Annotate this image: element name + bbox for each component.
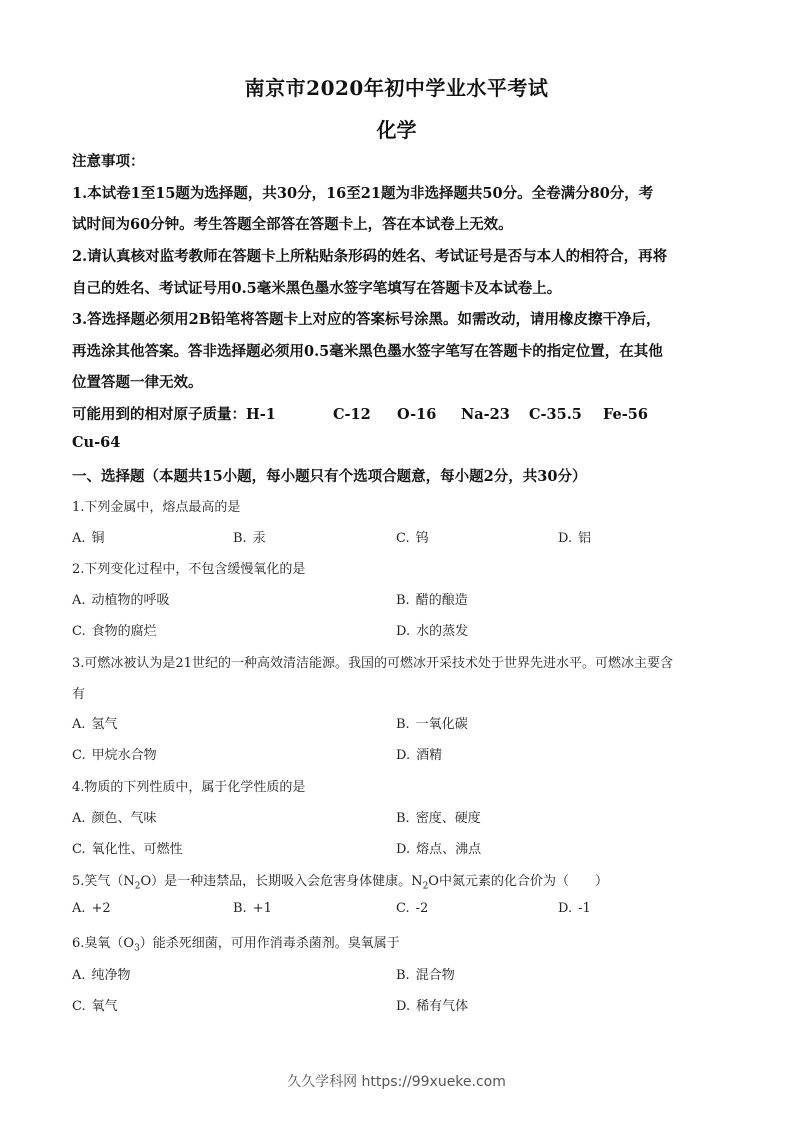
notice-line: 再选涂其他答案。答非选择题必须用0.5毫米黑色墨水签字笔写在答题卡的指定位置，在…: [72, 340, 663, 361]
option-d: D.水的蒸发: [396, 620, 468, 639]
option-a: A.铜: [72, 527, 105, 546]
option-a: A.动植物的呼吸: [72, 589, 170, 608]
exam-page: 南京市2020年初中学业水平考试 化学 注意事项： 1.本试卷1至15题为选择题…: [0, 0, 793, 1122]
option-d: D.稀有气体: [396, 995, 468, 1014]
notice-line: 3.答选择题必须用2B铅笔将答题卡上对应的答案标号涂黑。如需改动，请用橡皮擦干净…: [72, 308, 660, 329]
mass-item: C-35.5: [529, 406, 603, 423]
notice-line: 位置答题一律无效。: [72, 371, 203, 392]
option-b: B.汞: [233, 527, 266, 546]
question-stem: 5.笑气（N2O）是一种违禁品，长期吸入会危害身体健康。N2O中氮元素的化合价为…: [72, 870, 608, 892]
option-b: B.混合物: [396, 964, 455, 983]
option-a: A.氢气: [72, 713, 118, 732]
notice-line: 自己的姓名、考试证号用0.5毫米黑色墨水签字笔填写在答题卡及本试卷上。: [72, 277, 561, 298]
question-stem: 1.下列金属中，熔点最高的是: [72, 496, 240, 515]
exam-title: 南京市2020年初中学业水平考试: [0, 72, 793, 101]
mass-item: C-12: [333, 406, 397, 423]
question-stem: 3.可燃冰被认为是21世纪的一种高效清洁能源。我国的可燃冰开采技术处于世界先进水…: [72, 652, 673, 671]
section-heading: 一、选择题（本题共15小题，每小题只有个选项合题意，每小题2分，共30分）: [72, 465, 586, 486]
question-stem-continued: 有: [72, 683, 85, 702]
question-stem: 2.下列变化过程中，不包含缓慢氧化的是: [72, 558, 305, 577]
notice-heading: 注意事项：: [72, 150, 145, 171]
option-c: C.钨: [396, 527, 429, 546]
mass-item: Fe-56: [603, 406, 648, 423]
atomic-masses-label: 可能用到的相对原子质量：: [72, 403, 246, 424]
option-c: C.-2: [396, 901, 428, 916]
atomic-masses: 可能用到的相对原子质量：H-1C-12O-16Na-23C-35.5Fe-56: [72, 403, 648, 424]
mass-item: H-1: [246, 406, 333, 423]
mass-item: O-16: [397, 406, 461, 423]
option-d: D.熔点、沸点: [396, 838, 481, 857]
option-d: D.-1: [558, 901, 591, 916]
option-b: B.一氧化碳: [396, 713, 468, 732]
option-a: A.颜色、气味: [72, 807, 157, 826]
option-c: C.食物的腐烂: [72, 620, 157, 639]
question-stem: 6.臭氧（O3）能杀死细菌，可用作消毒杀菌剂。臭氧属于: [72, 932, 400, 954]
notice-line: 1.本试卷1至15题为选择题，共30分，16至21题为非选择题共50分。全卷满分…: [72, 182, 653, 203]
mass-item: Na-23: [461, 406, 529, 423]
exam-subject: 化学: [0, 114, 793, 143]
option-d: D.铝: [558, 527, 591, 546]
option-b: B.密度、硬度: [396, 807, 481, 826]
option-a: A.纯净物: [72, 964, 131, 983]
mass-item: Cu-64: [72, 434, 120, 451]
option-d: D.酒精: [396, 744, 442, 763]
notice-line: 试时间为60分钟。考生答题全部答在答题卡上，答在本试卷上无效。: [72, 213, 513, 234]
footer-watermark: 久久学科网 https://99xueke.com: [0, 1071, 793, 1091]
question-stem: 4.物质的下列性质中，属于化学性质的是: [72, 776, 305, 795]
notice-line: 2.请认真核对监考教师在答题卡上所粘贴条形码的姓名、考试证号是否与本人的相符合，…: [72, 245, 667, 266]
option-c: C.甲烷水合物: [72, 744, 157, 763]
option-b: B.+1: [233, 901, 272, 916]
option-a: A.+2: [72, 901, 111, 916]
option-c: C.氧化性、可燃性: [72, 838, 183, 857]
option-c: C.氧气: [72, 995, 118, 1014]
option-b: B.醋的酿造: [396, 589, 468, 608]
